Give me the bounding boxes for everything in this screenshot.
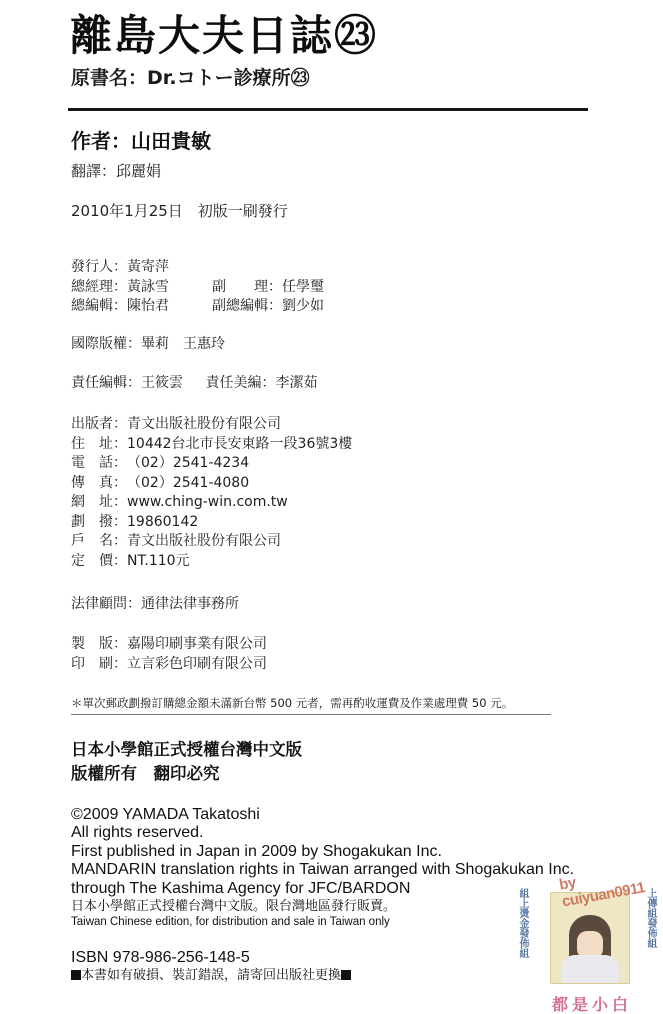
copyright-block: ©2009 YAMADA Takatoshi All rights reserv… bbox=[71, 806, 574, 930]
account-name-row: 戶 名：青文出版社股份有限公司 bbox=[71, 532, 352, 552]
price-row: 定 價：NT.110元 bbox=[71, 552, 352, 572]
postal-account-row: 劃 撥：19860142 bbox=[71, 513, 352, 533]
editor-label: 責任編輯： bbox=[71, 375, 141, 391]
isbn-number: ISBN 978-986-256-148-5 bbox=[71, 948, 351, 967]
postal-account-value: 19860142 bbox=[127, 513, 198, 533]
return-notice-text: 本書如有破損、裝訂錯誤，請寄回出版社更換 bbox=[81, 968, 341, 983]
staff-row: 總編輯：陳怡君 副總編輯：劉少如 bbox=[71, 297, 324, 317]
printer-value: 立言彩色印刷有限公司 bbox=[127, 655, 267, 675]
address-label: 住 址： bbox=[71, 435, 127, 455]
fax-value: （02）2541-4080 bbox=[127, 474, 249, 494]
publisher-label: 出版者： bbox=[71, 415, 127, 435]
editors: 責任編輯：王筱雲 責任美編：李潔茹 bbox=[71, 374, 317, 394]
phone-row: 電 話：（02）2541-4234 bbox=[71, 454, 352, 474]
legal-label: 法律顧問： bbox=[71, 596, 141, 612]
staff-value: 陳怡君 bbox=[127, 297, 212, 317]
art-editor-label: 責任美編： bbox=[205, 375, 275, 391]
website-link[interactable]: www.ching-win.com.tw bbox=[127, 493, 288, 513]
price-value: NT.110元 bbox=[127, 552, 190, 572]
publisher-block: 出版者：青文出版社股份有限公司 住 址：10442台北市長安東路一段36號3樓 … bbox=[71, 415, 352, 571]
plate-value: 嘉陽印刷事業有限公司 bbox=[127, 635, 267, 655]
shipping-note: ＊單次郵政劃撥訂購總金額未滿新台幣 500 元者，需再酌收運費及作業處理費 50… bbox=[71, 695, 513, 711]
staff-value: 黃寄萍 bbox=[127, 258, 169, 278]
watermark-left-text: 組上燙金發佈組 bbox=[516, 888, 528, 958]
square-bullet-icon bbox=[341, 970, 351, 980]
rights-cn-line2: 版權所有 翻印必究 bbox=[71, 762, 220, 786]
isbn-block: ISBN 978-986-256-148-5 本書如有破損、裝訂錯誤，請寄回出版… bbox=[71, 948, 351, 985]
intl-rights: 國際版權：畢莉 王惠玲 bbox=[71, 335, 225, 355]
staff-label: 副總編輯： bbox=[212, 297, 282, 317]
scanlation-watermark: 組上燙金發佈組 上傳組發佈組 by cuiyuan0911 都是小白 bbox=[510, 862, 660, 1012]
staff-block: 發行人：黃寄萍 總經理：黃詠雪 副 理：任學璽 總編輯：陳怡君 副總編輯：劉少如 bbox=[71, 258, 324, 317]
art-editor-value: 李潔茹 bbox=[275, 375, 317, 391]
phone-label: 電 話： bbox=[71, 454, 127, 474]
staff-value: 任學璽 bbox=[282, 278, 324, 298]
watermark-right-text: 上傳組發佈組 bbox=[644, 888, 656, 948]
legal-counsel: 法律顧問：通律法律事務所 bbox=[71, 595, 239, 615]
first-published-line: First published in Japan in 2009 by Shog… bbox=[71, 843, 574, 861]
staff-row: 總經理：黃詠雪 副 理：任學璽 bbox=[71, 278, 324, 298]
address-row: 住 址：10442台北市長安東路一段36號3樓 bbox=[71, 435, 352, 455]
price-label: 定 價： bbox=[71, 552, 127, 572]
portrait-robe bbox=[561, 955, 619, 983]
copyright-line: ©2009 YAMADA Takatoshi bbox=[71, 806, 574, 824]
website-label: 網 址： bbox=[71, 493, 127, 513]
printer-row: 印 刷：立言彩色印刷有限公司 bbox=[71, 655, 267, 675]
intl-rights-label: 國際版權： bbox=[71, 336, 141, 352]
staff-value: 劉少如 bbox=[282, 297, 324, 317]
translator: 翻譯：邱麗娟 bbox=[71, 161, 161, 181]
intl-rights-value: 畢莉 王惠玲 bbox=[141, 336, 225, 352]
staff-row: 發行人：黃寄萍 bbox=[71, 258, 324, 278]
editor-value: 王筱雲 bbox=[141, 374, 201, 394]
rights-reserved-line: All rights reserved. bbox=[71, 824, 574, 842]
staff-label: 總經理： bbox=[71, 278, 127, 298]
plate-row: 製 版：嘉陽印刷事業有限公司 bbox=[71, 635, 267, 655]
square-bullet-icon bbox=[71, 970, 81, 980]
translation-rights-line: MANDARIN translation rights in Taiwan ar… bbox=[71, 861, 574, 879]
fax-label: 傳 真： bbox=[71, 474, 127, 494]
account-name-value: 青文出版社股份有限公司 bbox=[127, 532, 281, 552]
book-title: 離島大夫日誌㉓ bbox=[70, 12, 378, 60]
phone-value: （02）2541-4234 bbox=[127, 454, 249, 474]
agency-line: through The Kashima Agency for JFC/BARDO… bbox=[71, 880, 574, 898]
publisher-row: 出版者：青文出版社股份有限公司 bbox=[71, 415, 352, 435]
legal-value: 通律法律事務所 bbox=[141, 596, 239, 612]
staff-label: 總編輯： bbox=[71, 297, 127, 317]
authorization-cn-line: 日本小學館正式授權台灣中文版。限台灣地區發行販賣。 bbox=[71, 898, 574, 915]
postal-account-label: 劃 撥： bbox=[71, 513, 127, 533]
fax-row: 傳 真：（02）2541-4080 bbox=[71, 474, 352, 494]
author: 作者：山田貴敏 bbox=[71, 129, 211, 153]
publisher-value: 青文出版社股份有限公司 bbox=[127, 415, 281, 435]
address-value: 10442台北市長安東路一段36號3樓 bbox=[127, 435, 352, 455]
rights-cn-line1: 日本小學館正式授權台灣中文版 bbox=[71, 738, 302, 762]
staff-value: 黃詠雪 bbox=[127, 278, 212, 298]
printer-label: 印 刷： bbox=[71, 655, 127, 675]
note-divider bbox=[71, 714, 551, 715]
printing-block: 製 版：嘉陽印刷事業有限公司 印 刷：立言彩色印刷有限公司 bbox=[71, 635, 267, 674]
website-row: 網 址：www.ching-win.com.tw bbox=[71, 493, 352, 513]
watermark-footer: 都是小白 bbox=[552, 992, 632, 1014]
distribution-line: Taiwan Chinese edition, for distribution… bbox=[71, 915, 574, 930]
return-notice: 本書如有破損、裝訂錯誤，請寄回出版社更換 bbox=[71, 967, 351, 985]
staff-label: 發行人： bbox=[71, 258, 127, 278]
account-name-label: 戶 名： bbox=[71, 532, 127, 552]
header-divider bbox=[68, 108, 588, 111]
staff-label: 副 理： bbox=[212, 278, 282, 298]
publication-date: 2010年1月25日 初版一刷發行 bbox=[71, 201, 288, 221]
plate-label: 製 版： bbox=[71, 635, 127, 655]
original-title: 原書名：Dr.コトー診療所㉓ bbox=[71, 66, 310, 90]
